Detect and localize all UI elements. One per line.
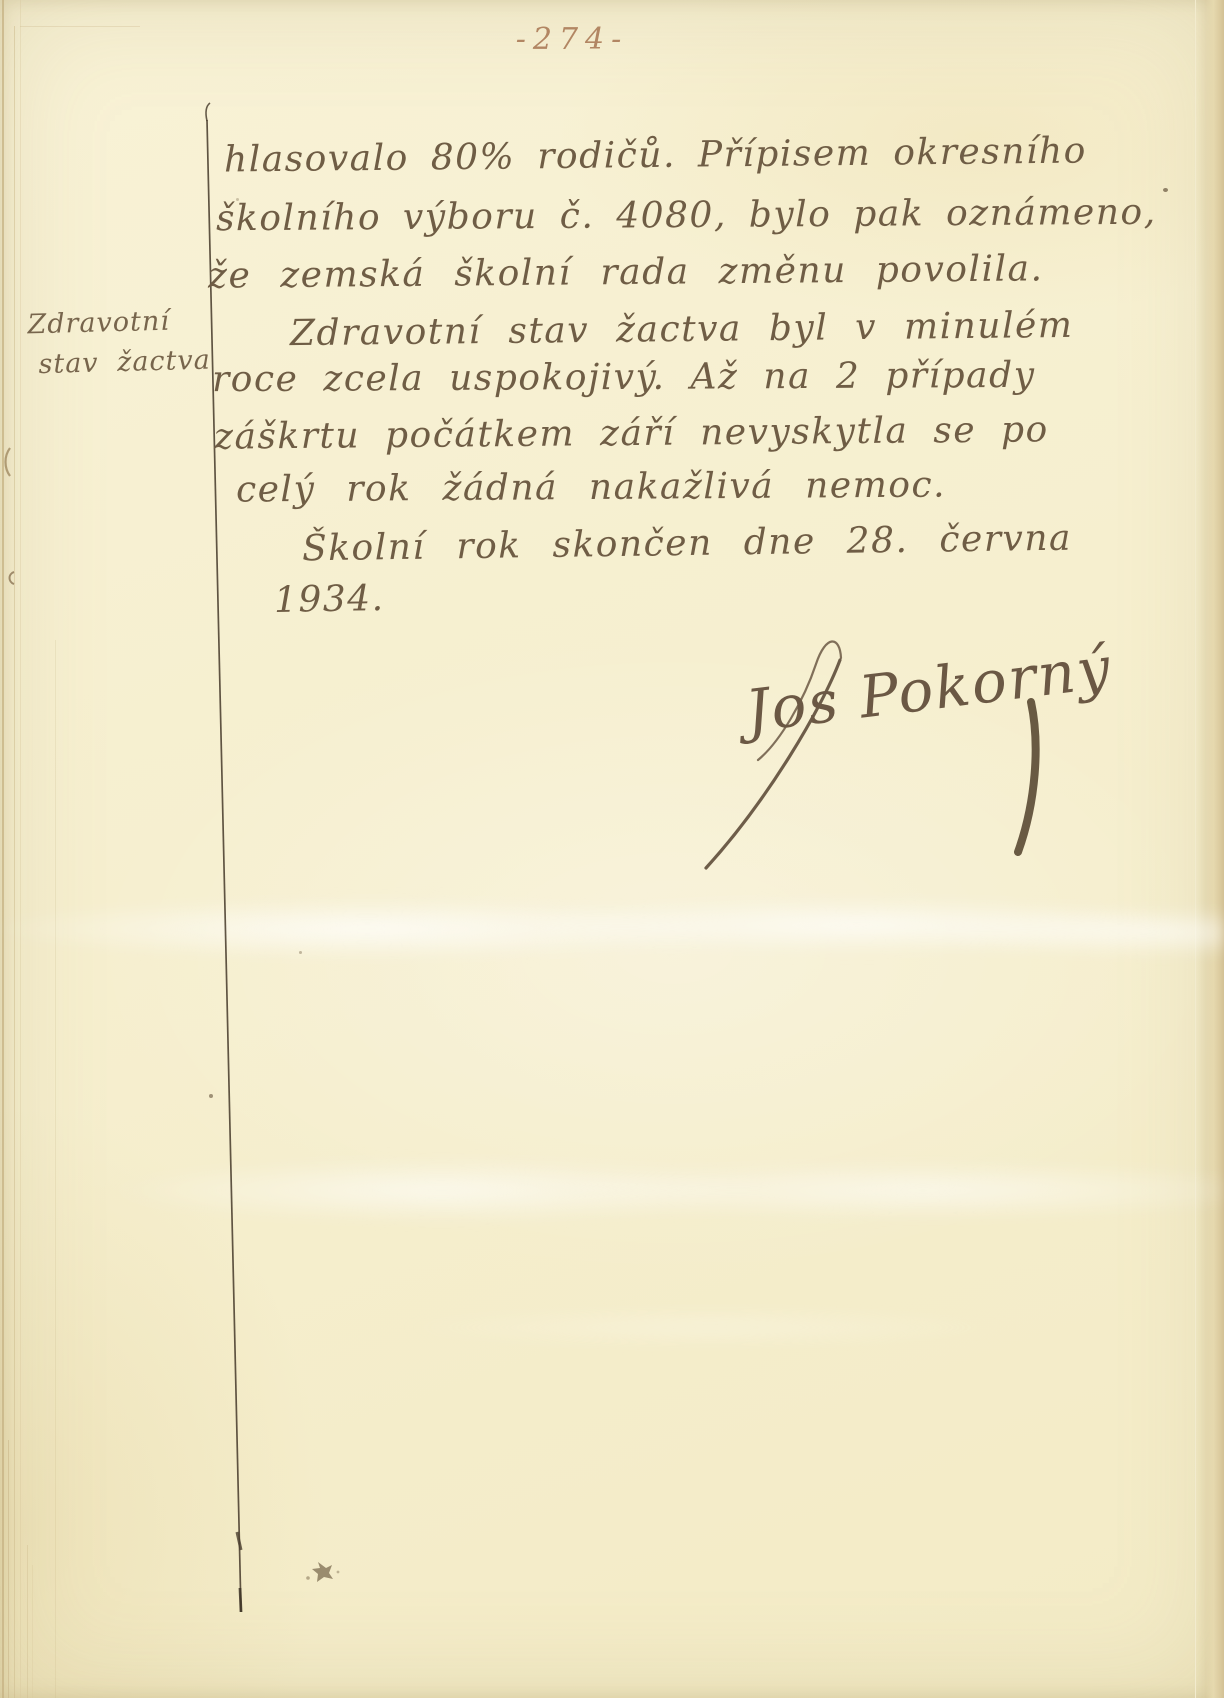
margin-note: Zdravotní stav žactva: [27, 301, 211, 386]
margin-note-line-1: Zdravotní: [27, 301, 210, 346]
signature-text: Jos Pokorný: [742, 633, 1115, 745]
scan-glare-band: [260, 1305, 1160, 1350]
page-stack-edge-line: [14, 26, 15, 1698]
page-stack-edge-line: [55, 640, 56, 1698]
stray-ink-marks: [6, 448, 15, 584]
paper-speck: [1163, 188, 1168, 192]
page-edge-right: [1195, 0, 1224, 1698]
page-number: -274-: [492, 22, 652, 57]
handwritten-line-7: celý rok žádná nakažlivá nemoc.: [236, 468, 946, 509]
margin-note-line-2: stav žactva: [38, 341, 211, 385]
handwritten-line-2: školního výboru č. 4080, bylo pak oznáme…: [216, 195, 1157, 238]
paper-speck: [299, 951, 302, 954]
margin-rule-line: [206, 103, 241, 1612]
page-stack-edge-line: [27, 1545, 28, 1698]
page-stack-edge-line: [2, 0, 4, 1698]
handwritten-line-1: hlasovalo 80% rodičů. Přípisem okresního: [224, 133, 1087, 178]
page-stack-edge-line: [32, 1565, 33, 1698]
scanned-chronicle-page: -274- Zdravotní: [0, 0, 1224, 1698]
handwritten-line-8: Školní rok skončen dne 28. června: [302, 521, 1072, 568]
scan-glare-band: [20, 1148, 1224, 1233]
handwritten-line-6: záškrtu počátkem září nevyskytla se po: [214, 412, 1049, 455]
handwritten-line-9: 1934.: [274, 581, 385, 619]
scan-glare-band: [0, 893, 1224, 965]
paper-speck: [209, 1094, 213, 1098]
page-stack-edge-line: [20, 0, 21, 1698]
handwritten-line-5: roce zcela uspokojivý. Až na 2 případy: [212, 358, 1036, 398]
handwritten-line-4: Zdravotní stav žactva byl v minulém: [290, 308, 1074, 352]
ink-blot: [306, 1562, 339, 1582]
page-stack-edge-line: [8, 1440, 9, 1698]
handwritten-line-3: že zemská školní rada změnu povolila.: [208, 251, 1044, 294]
page-corner-hairline: [20, 26, 140, 27]
